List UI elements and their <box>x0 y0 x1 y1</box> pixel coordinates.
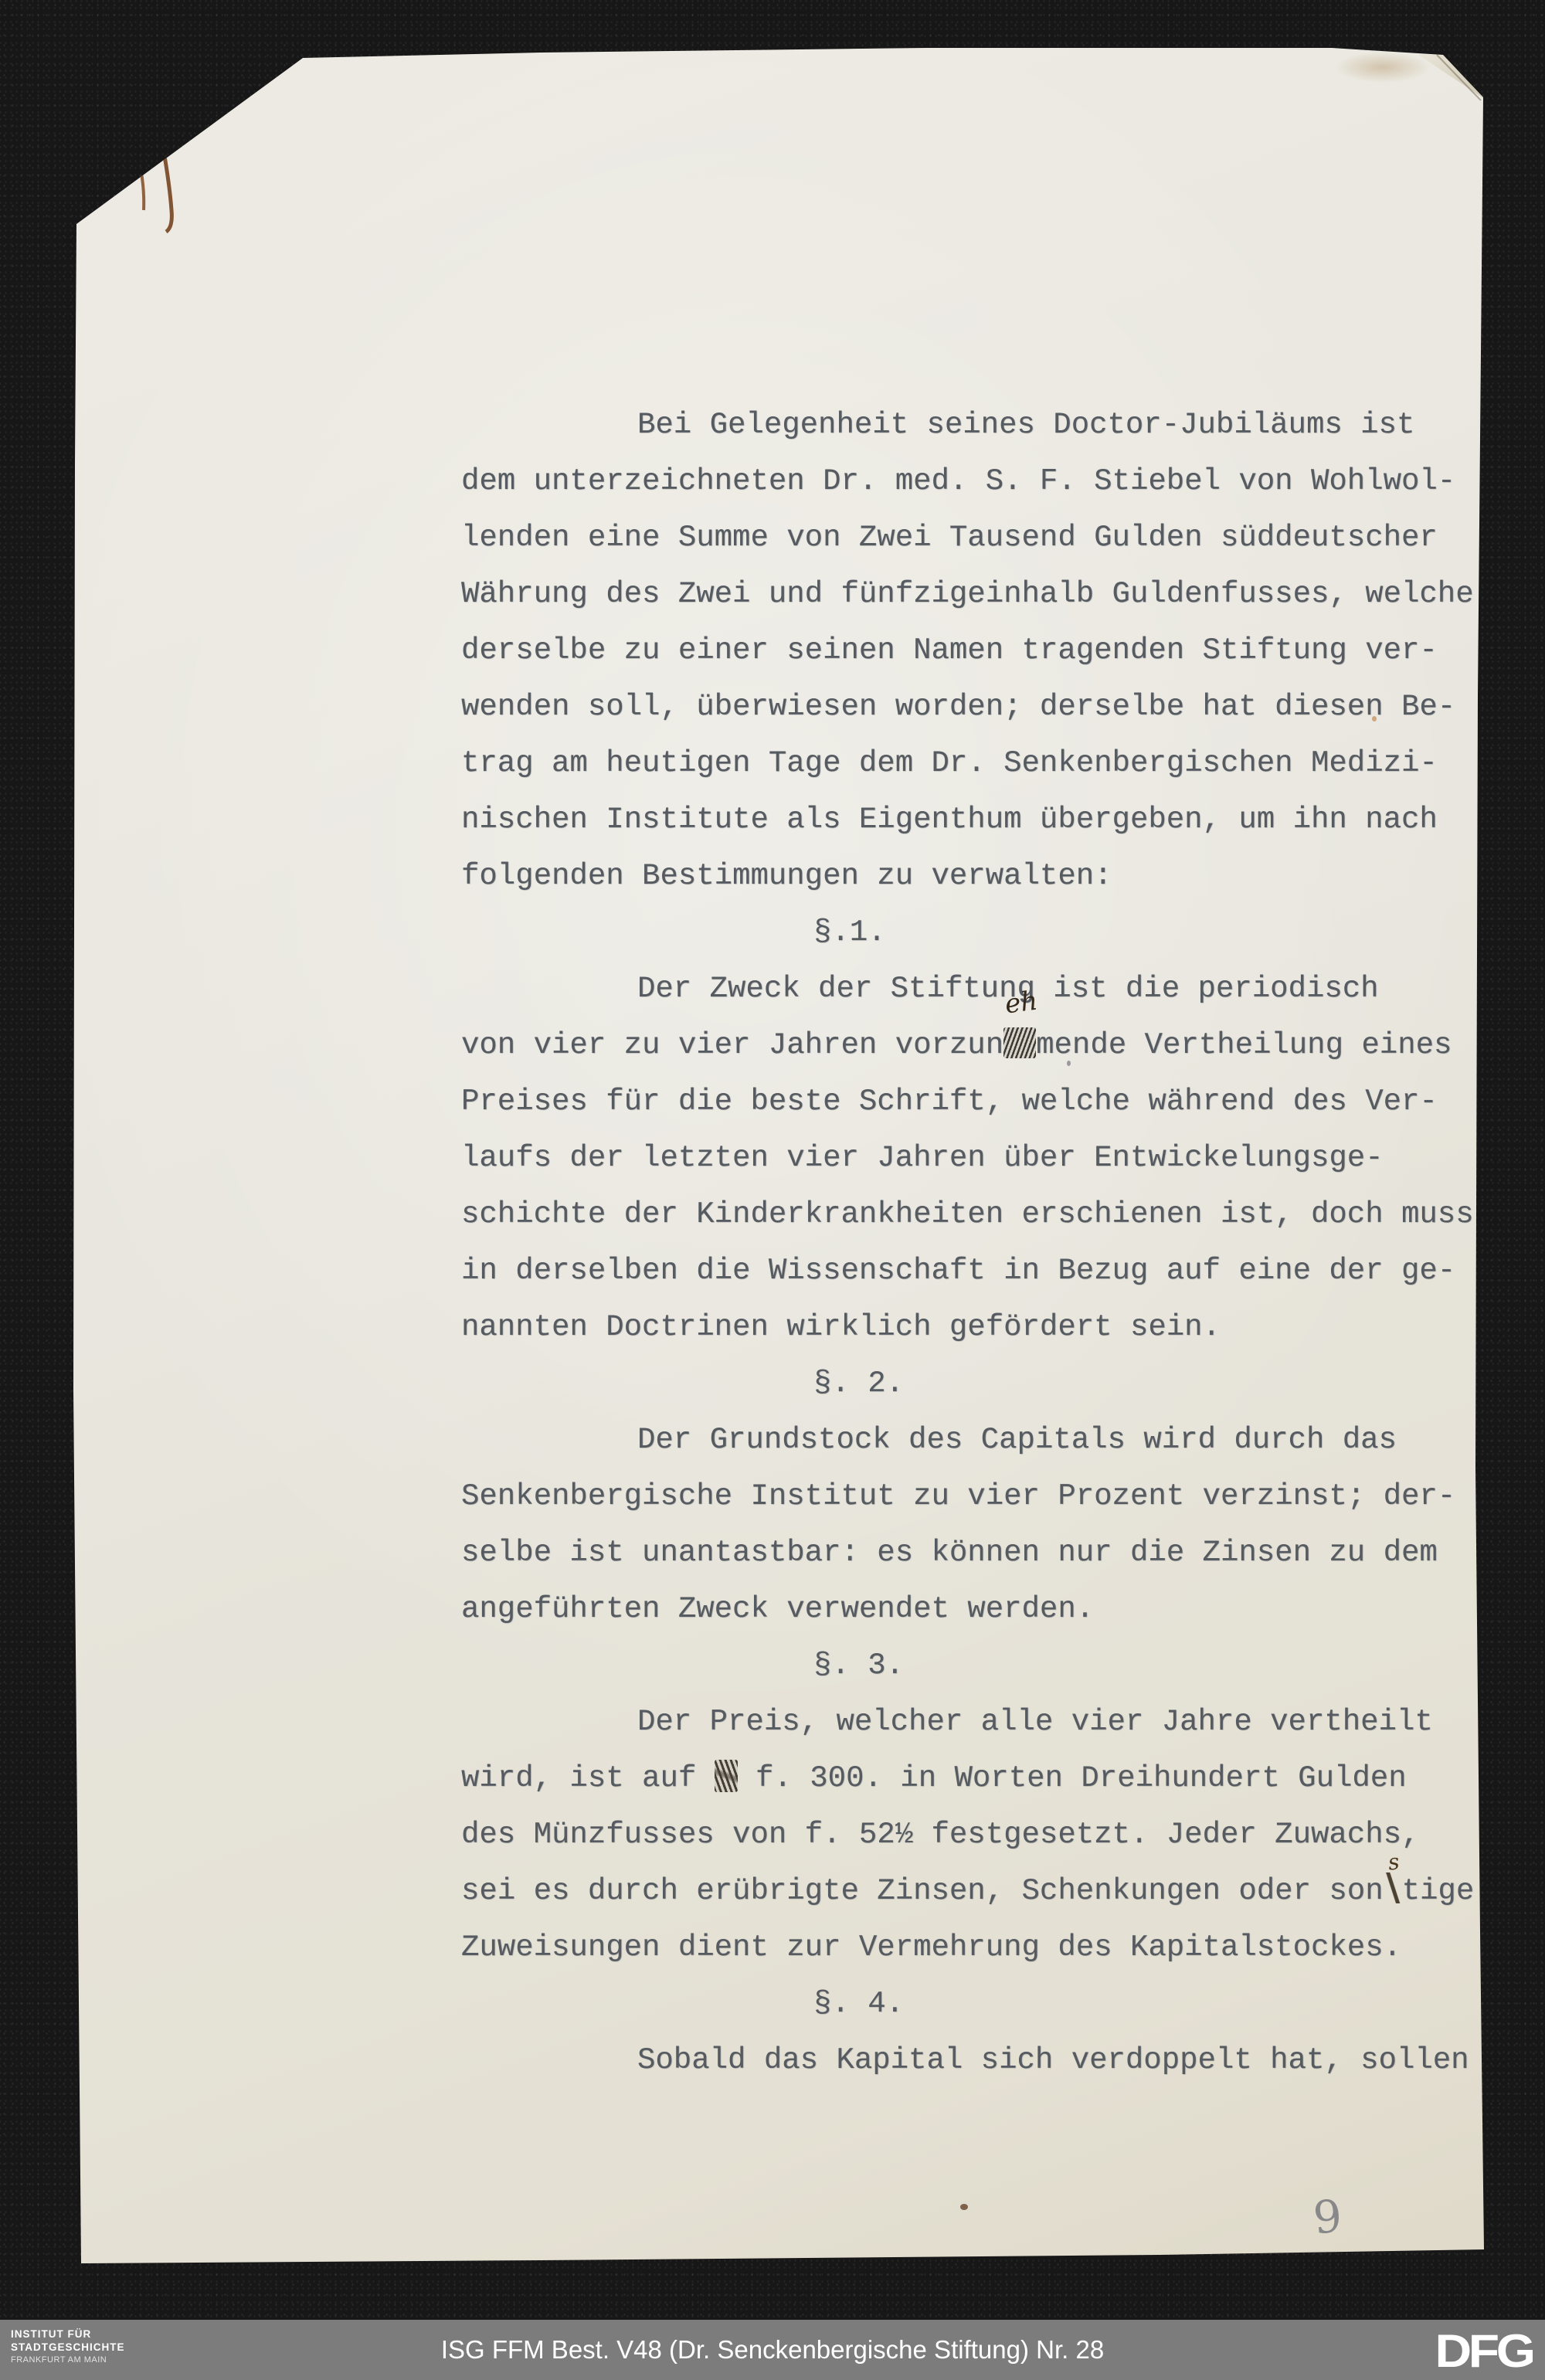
text-line: lenden eine Summe von Zwei Tausend Gulde… <box>461 510 1545 566</box>
typed-text: Senkenbergische Institut zu vier Prozent… <box>461 1479 1455 1513</box>
typed-text: angeführten Zweck verwendet werden. <box>461 1592 1094 1626</box>
text-line: dem unterzeichneten Dr. med. S. F. Stieb… <box>461 453 1545 510</box>
typed-text: laufs der letzten vier Jahren über Entwi… <box>461 1141 1384 1175</box>
section-heading: §. 3. <box>461 1638 1545 1694</box>
text-line: trag am heutigen Tage dem Dr. Senkenberg… <box>461 735 1545 792</box>
text-line: selbe ist unantastbar: es können nur die… <box>461 1525 1545 1581</box>
typed-text: §.1. <box>813 915 886 949</box>
pencil-page-number: 9 <box>1311 2190 1344 2245</box>
text-line: nannten Doctrinen wirklich gefördert sei… <box>461 1299 1545 1356</box>
text-line: Preises für die beste Schrift, welche wä… <box>461 1074 1545 1130</box>
text-line: nischen Institute als Eigenthum übergebe… <box>461 792 1545 848</box>
typed-text: Währung des Zwei und fünfzigeinhalb Guld… <box>461 577 1474 611</box>
typed-text: wird, ist auf <box>461 1761 715 1795</box>
handwritten-insertion: eh <box>1003 988 1039 1018</box>
typed-text: wenden soll, überwiesen worden; derselbe… <box>461 690 1455 724</box>
typed-text: sei es durch erübrigte Zinsen, Schenkung… <box>461 1874 1384 1908</box>
typed-text: nannten Doctrinen wirklich gefördert sei… <box>461 1310 1221 1344</box>
typed-text: lenden eine Summe von Zwei Tausend Gulde… <box>461 521 1438 555</box>
text-line: wird, ist auf f. 300. in Worten Dreihund… <box>461 1750 1545 1807</box>
typed-text: Preises für die beste Schrift, welche wä… <box>461 1085 1438 1119</box>
section-heading: §. 4. <box>461 1976 1545 2032</box>
typed-text: derselbe zu einer seinen Namen tragenden… <box>461 633 1438 667</box>
typed-text: in derselben die Wissenschaft in Bezug a… <box>461 1254 1455 1288</box>
struck-character: s <box>1384 1872 1402 1903</box>
text-line: Bei Gelegenheit seines Doctor-Jubiläums … <box>461 397 1545 453</box>
typed-text: des Münzfusses von f. 52½ festgesetzt. J… <box>461 1818 1419 1852</box>
dfg-logo: DFG <box>1435 2324 1533 2378</box>
ink-scribble <box>715 1760 738 1792</box>
text-line: Der Grundstock des Capitals wird durch d… <box>461 1412 1545 1468</box>
typed-text: Der Preis, welcher alle vier Jahre verth… <box>637 1705 1433 1739</box>
archive-reference: ISG FFM Best. V48 (Dr. Senckenbergische … <box>0 2335 1545 2365</box>
typed-text: Bei Gelegenheit seines Doctor-Jubiläums … <box>637 408 1414 442</box>
typed-text: Der Grundstock des Capitals wird durch d… <box>637 1423 1397 1457</box>
typed-text: tige <box>1402 1874 1475 1908</box>
section-heading: §.1. <box>461 905 1545 961</box>
typed-text: nischen Institute als Eigenthum übergebe… <box>461 803 1438 837</box>
strikethrough-scribble <box>715 1750 738 1807</box>
institute-name-line2: STADTGESCHICHTE <box>11 2341 125 2354</box>
text-line: Währung des Zwei und fünfzigeinhalb Guld… <box>461 566 1545 623</box>
typed-text: f. 300. in Worten Dreihundert Gulden <box>738 1761 1407 1795</box>
typewritten-text: Bei Gelegenheit seines Doctor-Jubiläums … <box>461 397 1545 2089</box>
hand-slash-mark <box>1384 1872 1402 1903</box>
text-line: Zuweisungen dient zur Vermehrung des Kap… <box>461 1920 1545 1976</box>
typed-text: von vier zu vier Jahren vorzun <box>461 1028 1003 1062</box>
typed-text: trag am heutigen Tage dem Dr. Senkenberg… <box>461 746 1438 780</box>
footer-bar: INSTITUT FÜR STADTGESCHICHTE FRANKFURT A… <box>0 2320 1545 2380</box>
typed-text: Zuweisungen dient zur Vermehrung des Kap… <box>461 1930 1401 1964</box>
text-line: Der Preis, welcher alle vier Jahre verth… <box>461 1694 1545 1750</box>
typed-text: Sobald das Kapital sich verdoppelt hat, … <box>637 2043 1469 2077</box>
text-line: derselbe zu einer seinen Namen tragenden… <box>461 623 1545 679</box>
section-heading: §. 2. <box>461 1356 1545 1412</box>
rust-stain <box>0 0 309 386</box>
document-page: Bei Gelegenheit seines Doctor-Jubiläums … <box>0 0 1545 2380</box>
typed-text: schichte der Kinderkrankheiten erschiene… <box>461 1197 1474 1231</box>
typed-text: mende Vertheilung eines <box>1036 1028 1452 1062</box>
scanner-background: Bei Gelegenheit seines Doctor-Jubiläums … <box>0 0 1545 2380</box>
text-line: folgenden Bestimmungen zu verwalten: <box>461 848 1545 905</box>
typed-text: folgenden Bestimmungen zu verwalten: <box>461 859 1112 893</box>
typed-text: §. 3. <box>813 1648 904 1682</box>
typed-text: dem unterzeichneten Dr. med. S. F. Stieb… <box>461 464 1455 498</box>
institute-logo: INSTITUT FÜR STADTGESCHICHTE FRANKFURT A… <box>11 2327 125 2367</box>
typed-text: §. 4. <box>813 1987 904 2021</box>
paper-speck <box>960 2204 968 2210</box>
text-line: schichte der Kinderkrankheiten erschiene… <box>461 1187 1545 1243</box>
text-line: laufs der letzten vier Jahren über Entwi… <box>461 1130 1545 1187</box>
text-line: in derselben die Wissenschaft in Bezug a… <box>461 1243 1545 1299</box>
typed-text: §. 2. <box>813 1367 904 1400</box>
ink-scribble <box>1003 1027 1036 1058</box>
text-line: von vier zu vier Jahren vorzunehmende Ve… <box>461 1017 1545 1074</box>
typed-text: selbe ist unantastbar: es können nur die… <box>461 1536 1438 1570</box>
text-line: Senkenbergische Institut zu vier Prozent… <box>461 1468 1545 1525</box>
institute-name-line1: INSTITUT FÜR <box>11 2327 125 2341</box>
paper-stain <box>1313 45 1452 90</box>
text-line: Sobald das Kapital sich verdoppelt hat, … <box>461 2032 1545 2089</box>
text-line: wenden soll, überwiesen worden; derselbe… <box>461 679 1545 735</box>
strikethrough-scribble: eh <box>1003 1017 1036 1074</box>
institute-name-line3: FRANKFURT AM MAIN <box>11 2354 125 2367</box>
text-line: sei es durch erübrigte Zinsen, Schenkung… <box>461 1863 1545 1920</box>
text-line: angeführten Zweck verwendet werden. <box>461 1581 1545 1638</box>
text-line: des Münzfusses von f. 52½ festgesetzt. J… <box>461 1807 1545 1863</box>
